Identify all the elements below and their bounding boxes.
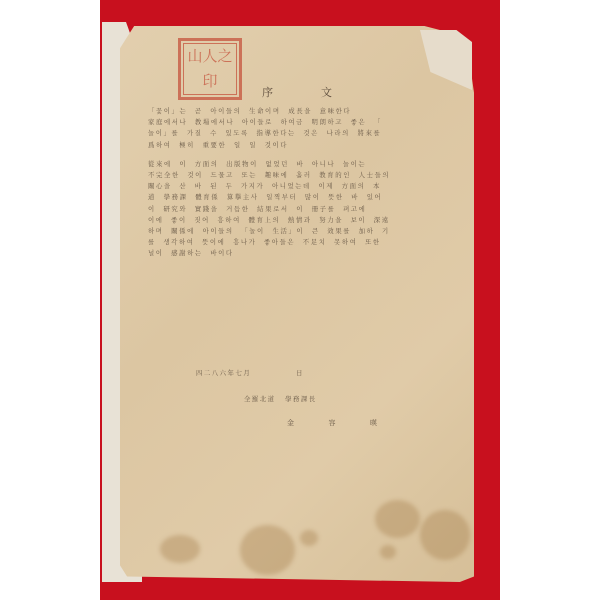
name-char: 金	[287, 418, 294, 428]
water-stain	[420, 510, 470, 560]
name-char: 暎	[370, 418, 377, 428]
water-stain	[160, 535, 200, 563]
text-line: 놀이」를 가질 수 있도록 指導한다는 것은 나라의 將來를	[148, 128, 448, 139]
text-line: 從來에 이 方面의 出版物이 없었던 바 아니나 놀이는	[148, 159, 448, 170]
title-char: 文	[321, 84, 332, 100]
document-title: 序 文	[262, 84, 332, 100]
seal-char: 之	[218, 48, 233, 65]
text-line: 家庭에서나 教場에서나 아이들로 하여금 明朗하고 좋은 「	[148, 117, 448, 128]
name-char: 容	[329, 418, 336, 428]
text-line: 하며 關係에 아이들의 「놀이 生活」이 큰 效果를 加하 기	[148, 226, 448, 237]
text-line: 를 생각하여 뜻이에 흥나가 좋아들은 不足치 못하여 또한	[148, 237, 448, 248]
document-date: 四二八六年七月	[196, 368, 251, 377]
water-stain	[375, 500, 420, 538]
text-line: 不完全한 것이 드물고 또는 趣味에 흘러 教育的인 人士들의	[148, 170, 448, 181]
preface-body: 「꽃이」는 곧 아이들의 生命이며 成長을 意味한다 家庭에서나 教場에서나 아…	[148, 106, 448, 260]
author-affiliation: 全羅北道 學務課長	[244, 394, 317, 403]
seal-char: 人	[202, 48, 217, 65]
seal-char: 山	[187, 48, 202, 65]
water-stain	[380, 545, 396, 559]
seal-char: 印	[202, 73, 217, 90]
water-stain	[240, 525, 295, 575]
text-line: 道 學務課 體育係 算擧主사 일찍부터 많이 뜻한 바 있어	[148, 192, 448, 203]
text-line: 널이 感謝하는 바이다	[148, 248, 448, 259]
title-char: 序	[262, 84, 273, 100]
text-line: 이 研究와 實踐을 거듭한 結果로서 이 冊子를 펴고에	[148, 204, 448, 215]
author-name: 金 容 暎	[287, 418, 377, 428]
water-stain	[300, 530, 318, 546]
background-left	[0, 0, 100, 600]
text-line: 이에 좋이 짓어 흥하여 體育上의 熱情과 努力을 보이 深遠	[148, 215, 448, 226]
text-line: 「꽃이」는 곧 아이들의 生命이며 成長을 意味한다	[148, 106, 448, 117]
document-date-day: 日	[296, 368, 302, 377]
text-line: 關心을 산 바 된 두 가지가 아니었는데 이제 方面의 本	[148, 181, 448, 192]
red-seal-stamp: 山 人 之 印	[178, 38, 242, 100]
text-line: 爲하여 極히 重要한 일 일 것이다	[148, 140, 448, 151]
background-right	[500, 0, 600, 600]
